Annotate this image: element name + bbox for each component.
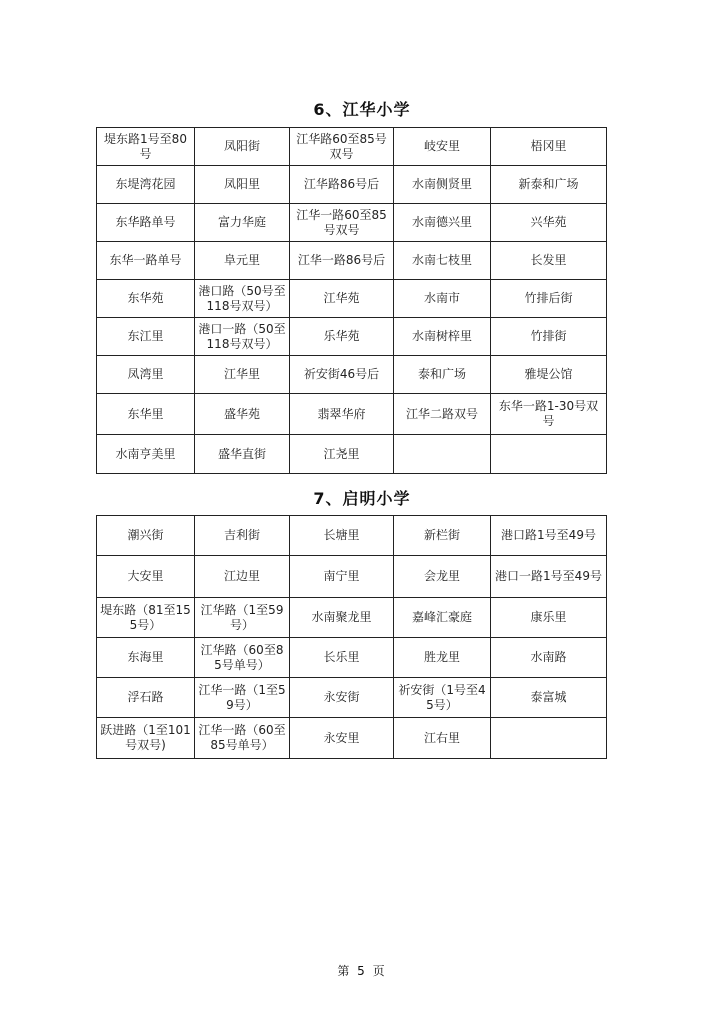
table-cell: 水南亨美里 (97, 435, 195, 474)
table-cell: 港口一路（50至118号双号） (195, 318, 290, 356)
table-cell: 兴华苑 (491, 204, 607, 242)
qiming-street-table: 潮兴街吉利街长塘里新栏街港口路1号至49号大安里江边里南宁里会龙里港口一路1号至… (96, 515, 607, 759)
table-cell: 乐华苑 (290, 318, 394, 356)
table-cell: 东华一路单号 (97, 242, 195, 280)
table-cell: 会龙里 (394, 556, 491, 598)
table-cell (491, 718, 607, 759)
table-cell: 东江里 (97, 318, 195, 356)
table-cell: 江右里 (394, 718, 491, 759)
table-cell: 水南市 (394, 280, 491, 318)
table-cell: 南宁里 (290, 556, 394, 598)
table-row: 堤东路（81至155号）江华路（1至59号）水南聚龙里嘉峰汇豪庭康乐里 (97, 598, 607, 638)
table-cell: 盛华直街 (195, 435, 290, 474)
table-cell: 东华路单号 (97, 204, 195, 242)
table-cell: 潮兴街 (97, 516, 195, 556)
table-row: 东华苑港口路（50号至118号双号）江华苑水南市竹排后街 (97, 280, 607, 318)
table-cell: 雅堤公馆 (491, 356, 607, 394)
table-cell: 竹排后街 (491, 280, 607, 318)
table-cell: 江华路60至85号双号 (290, 128, 394, 166)
table-row: 潮兴街吉利街长塘里新栏街港口路1号至49号 (97, 516, 607, 556)
table-cell: 永安街 (290, 678, 394, 718)
table-cell: 水南聚龙里 (290, 598, 394, 638)
table-cell: 祈安街46号后 (290, 356, 394, 394)
table-cell: 港口一路1号至49号 (491, 556, 607, 598)
section-title-jianghua: 6、江华小学 (0, 97, 724, 120)
table-cell: 堤东路1号至80号 (97, 128, 195, 166)
table-cell: 东堤湾花园 (97, 166, 195, 204)
table-cell: 泰和广场 (394, 356, 491, 394)
table-row: 跃进路（1至101号双号)江华一路（60至85号单号）永安里江右里 (97, 718, 607, 759)
table-cell: 康乐里 (491, 598, 607, 638)
table-cell: 东海里 (97, 638, 195, 678)
table-cell: 江边里 (195, 556, 290, 598)
table-cell: 港口路（50号至118号双号） (195, 280, 290, 318)
table-row: 浮石路江华一路（1至59号）永安街祈安街（1号至45号）泰富城 (97, 678, 607, 718)
table-cell: 江华一路（60至85号单号） (195, 718, 290, 759)
table-cell: 永安里 (290, 718, 394, 759)
table-row: 凤湾里江华里祈安街46号后泰和广场雅堤公馆 (97, 356, 607, 394)
table-cell: 水南树梓里 (394, 318, 491, 356)
table-row: 东华一路单号阜元里江华一路86号后水南七枝里长发里 (97, 242, 607, 280)
table-cell: 凤湾里 (97, 356, 195, 394)
table-row: 堤东路1号至80号凤阳街江华路60至85号双号岐安里梧冈里 (97, 128, 607, 166)
table-cell: 长发里 (491, 242, 607, 280)
table-cell: 大安里 (97, 556, 195, 598)
table-cell: 梧冈里 (491, 128, 607, 166)
table-cell: 浮石路 (97, 678, 195, 718)
table-cell: 港口路1号至49号 (491, 516, 607, 556)
table-cell: 江华路（1至59号） (195, 598, 290, 638)
table-cell: 水南路 (491, 638, 607, 678)
table-row: 东华路单号富力华庭江华一路60至85号双号水南德兴里兴华苑 (97, 204, 607, 242)
table-cell: 嘉峰汇豪庭 (394, 598, 491, 638)
table-cell (491, 435, 607, 474)
table-cell: 翡翠华府 (290, 394, 394, 435)
table-cell (394, 435, 491, 474)
table-cell: 东华里 (97, 394, 195, 435)
jianghua-street-table: 堤东路1号至80号凤阳街江华路60至85号双号岐安里梧冈里东堤湾花园凤阳里江华路… (96, 127, 607, 474)
table-cell: 长塘里 (290, 516, 394, 556)
table-cell: 阜元里 (195, 242, 290, 280)
table-cell: 跃进路（1至101号双号) (97, 718, 195, 759)
table-cell: 江华路86号后 (290, 166, 394, 204)
table-cell: 江尧里 (290, 435, 394, 474)
table-cell: 江华路（60至85号单号） (195, 638, 290, 678)
table-cell: 盛华苑 (195, 394, 290, 435)
table-cell: 吉利街 (195, 516, 290, 556)
table-cell: 长乐里 (290, 638, 394, 678)
table-cell: 凤阳里 (195, 166, 290, 204)
table-cell: 江华里 (195, 356, 290, 394)
table-cell: 新泰和广场 (491, 166, 607, 204)
table-cell: 泰富城 (491, 678, 607, 718)
table-cell: 江华一路60至85号双号 (290, 204, 394, 242)
table-row: 东江里港口一路（50至118号双号）乐华苑水南树梓里竹排街 (97, 318, 607, 356)
table-row: 东海里江华路（60至85号单号）长乐里胜龙里水南路 (97, 638, 607, 678)
table-cell: 堤东路（81至155号） (97, 598, 195, 638)
table-cell: 江华苑 (290, 280, 394, 318)
table-cell: 江华一路（1至59号） (195, 678, 290, 718)
section-title-qiming: 7、启明小学 (0, 486, 724, 509)
table-cell: 祈安街（1号至45号） (394, 678, 491, 718)
table-cell: 水南德兴里 (394, 204, 491, 242)
table-cell: 水南侧贤里 (394, 166, 491, 204)
table-row: 东华里盛华苑翡翠华府江华二路双号东华一路1-30号双号 (97, 394, 607, 435)
table-cell: 新栏街 (394, 516, 491, 556)
table-row: 东堤湾花园凤阳里江华路86号后水南侧贤里新泰和广场 (97, 166, 607, 204)
table-cell: 江华一路86号后 (290, 242, 394, 280)
page-number: 第 5 页 (0, 962, 724, 979)
table-cell: 江华二路双号 (394, 394, 491, 435)
table-cell: 岐安里 (394, 128, 491, 166)
table-row: 水南亨美里盛华直街江尧里 (97, 435, 607, 474)
table-row: 大安里江边里南宁里会龙里港口一路1号至49号 (97, 556, 607, 598)
table-cell: 水南七枝里 (394, 242, 491, 280)
table-cell: 东华苑 (97, 280, 195, 318)
table-cell: 竹排街 (491, 318, 607, 356)
table-cell: 胜龙里 (394, 638, 491, 678)
table-cell: 富力华庭 (195, 204, 290, 242)
table-cell: 东华一路1-30号双号 (491, 394, 607, 435)
table-cell: 凤阳街 (195, 128, 290, 166)
